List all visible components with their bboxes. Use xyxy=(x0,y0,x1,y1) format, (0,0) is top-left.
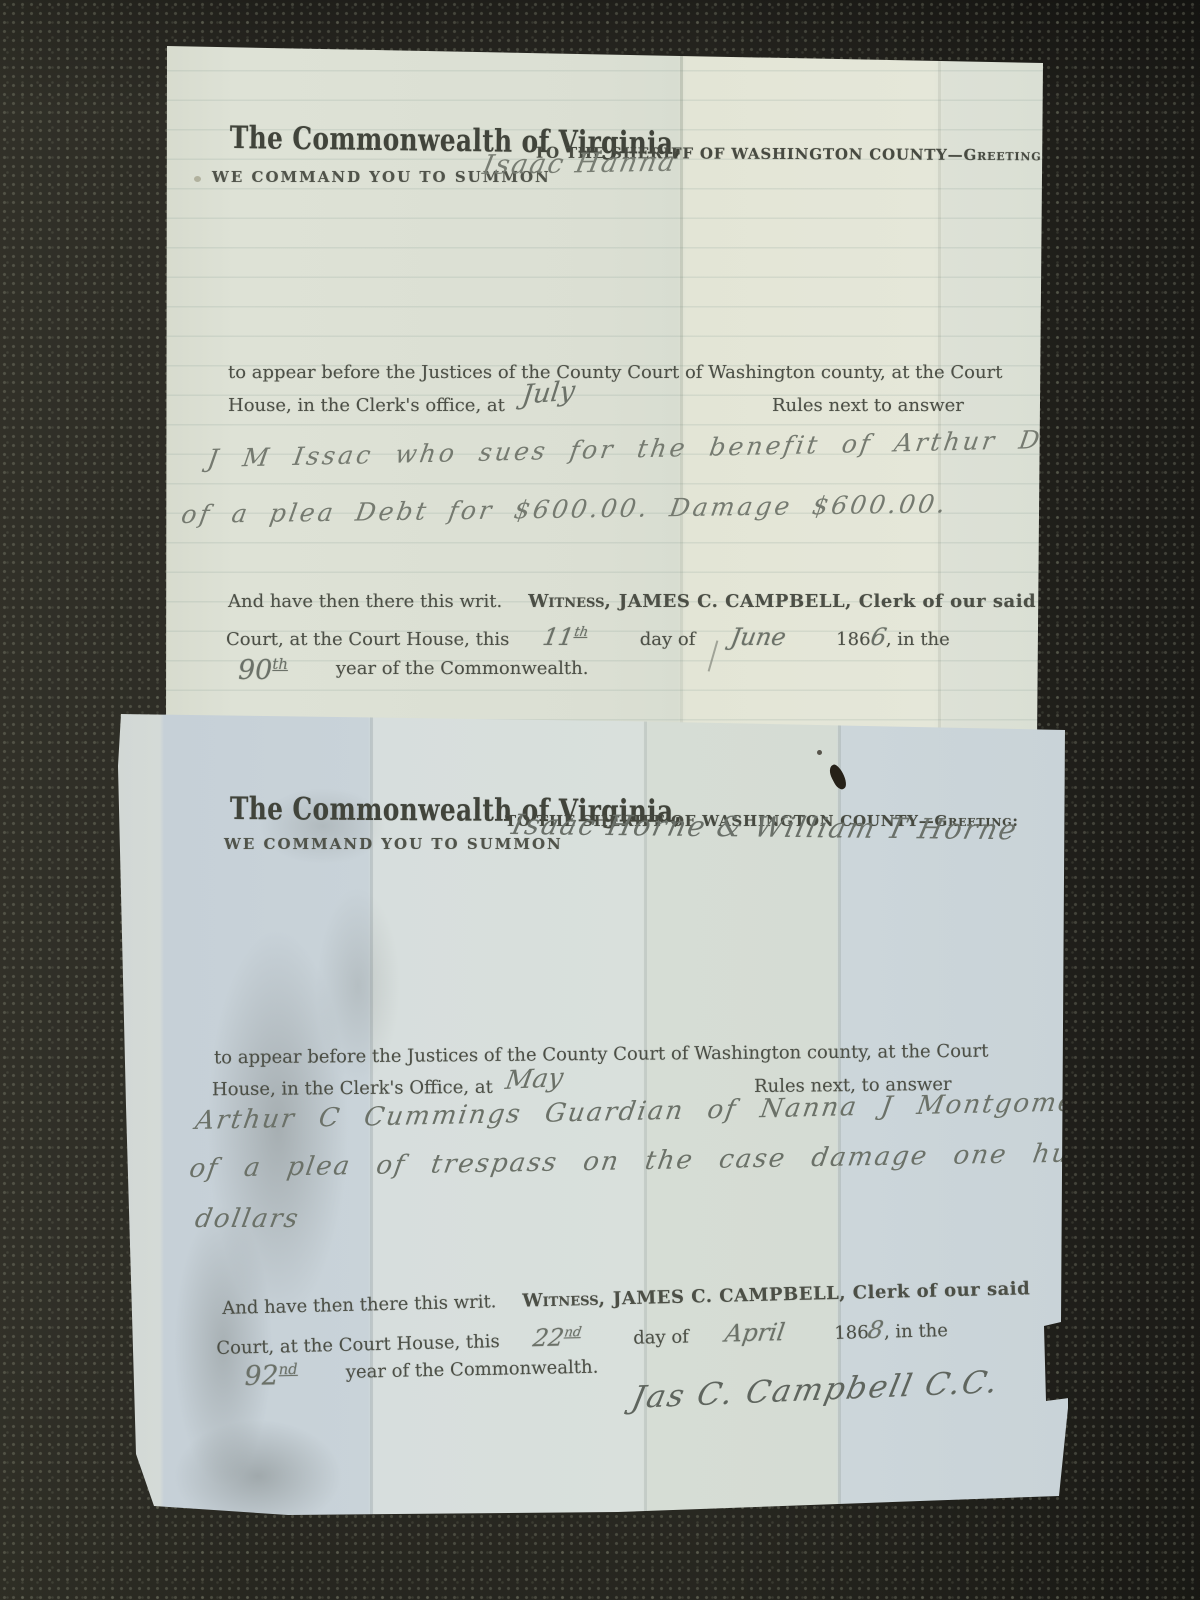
appear-clause: to appear before the Justices of the Cou… xyxy=(228,362,1002,383)
commonwealth-year-handwritten: 90th xyxy=(238,655,288,686)
court-line-prefix: Court, at the Court House, this xyxy=(226,629,509,650)
summoned-name-handwritten: Isaac Hanna xyxy=(480,147,680,181)
writ-sentence: And have then there this writ. xyxy=(222,1291,497,1319)
handwritten-claim-line-2: of a plea Debt for $600.00. Damage $600.… xyxy=(179,489,950,529)
handwritten-claim-line-3: dollars xyxy=(193,1204,302,1234)
office-clause: House, in the Clerk's Office, at xyxy=(212,1077,493,1100)
commonwealth-year-handwritten: 92nd xyxy=(244,1360,298,1392)
year-printed: 186 xyxy=(836,629,870,650)
in-the-label: , in the xyxy=(884,1320,948,1343)
day-handwritten: 22nd xyxy=(532,1323,584,1352)
month-handwritten: April xyxy=(723,1318,787,1348)
day-of-label: day of xyxy=(640,629,696,650)
witness-clerk-name: JAMES C. CAMPBELL, Clerk of our said xyxy=(613,1278,1031,1309)
handwritten-claim-line-2: of a plea of trespass on the case damage… xyxy=(187,1137,1161,1184)
writ-sentence: And have then there this writ. xyxy=(228,591,502,612)
rules-term-handwritten: May xyxy=(503,1063,565,1096)
writ-witness-line: And have then there this writ.Witness,JA… xyxy=(222,1278,1030,1319)
court-house-date-line: Court, at the Court House, this11thday o… xyxy=(226,623,950,651)
photo-of-documents: { "photo": { "fabric_color": "#2b2a24", … xyxy=(0,0,1200,1600)
appear-clause: to appear before the Justices of the Cou… xyxy=(214,1041,989,1069)
day-handwritten: 11th xyxy=(541,623,590,651)
summoned-names-handwritten: Isaac Horne & William T Horne xyxy=(509,808,1022,846)
clerk-signature-handwritten: Jas C. Campbell C.C. xyxy=(629,1364,1003,1416)
paper-speck xyxy=(194,176,201,182)
year-digit-handwritten: 8 xyxy=(866,1316,886,1344)
commonwealth-year-line: 90thyear of the Commonwealth. xyxy=(238,650,588,681)
day-of-label: day of xyxy=(633,1326,689,1348)
office-clause: House, in the Clerk's office, at xyxy=(228,395,505,416)
witness-label: Witness, xyxy=(522,1289,605,1312)
commonwealth-year-line: 92ndyear of the Commonwealth. xyxy=(244,1349,599,1387)
witness-label: Witness, xyxy=(528,591,611,612)
ink-blot xyxy=(827,763,850,792)
in-the-label: , in the xyxy=(886,629,950,650)
document-writ-1866: The Commonwealth of Virginia, TO THE SHE… xyxy=(166,42,1044,742)
ink-blot xyxy=(817,750,822,755)
witness-clerk-name: JAMES C. CAMPBELL, Clerk of our said xyxy=(619,591,1036,612)
month-handwritten: June xyxy=(729,623,789,651)
year-printed: 186 xyxy=(834,1322,869,1344)
rules-clause: Rules next to answer xyxy=(772,395,964,416)
commonwealth-year-label: year of the Commonwealth. xyxy=(346,1357,599,1383)
handwritten-claim-line-1: J M Issac who sues for the benefit of Ar… xyxy=(206,424,1107,473)
writ-witness-line: And have then there this writ.Witness,JA… xyxy=(228,591,1036,612)
document-writ-1868: The Commonwealth of Virginia, TO THE SHE… xyxy=(118,706,1068,1518)
rules-term-handwritten: July xyxy=(520,375,577,410)
commonwealth-year-label: year of the Commonwealth. xyxy=(336,658,589,679)
